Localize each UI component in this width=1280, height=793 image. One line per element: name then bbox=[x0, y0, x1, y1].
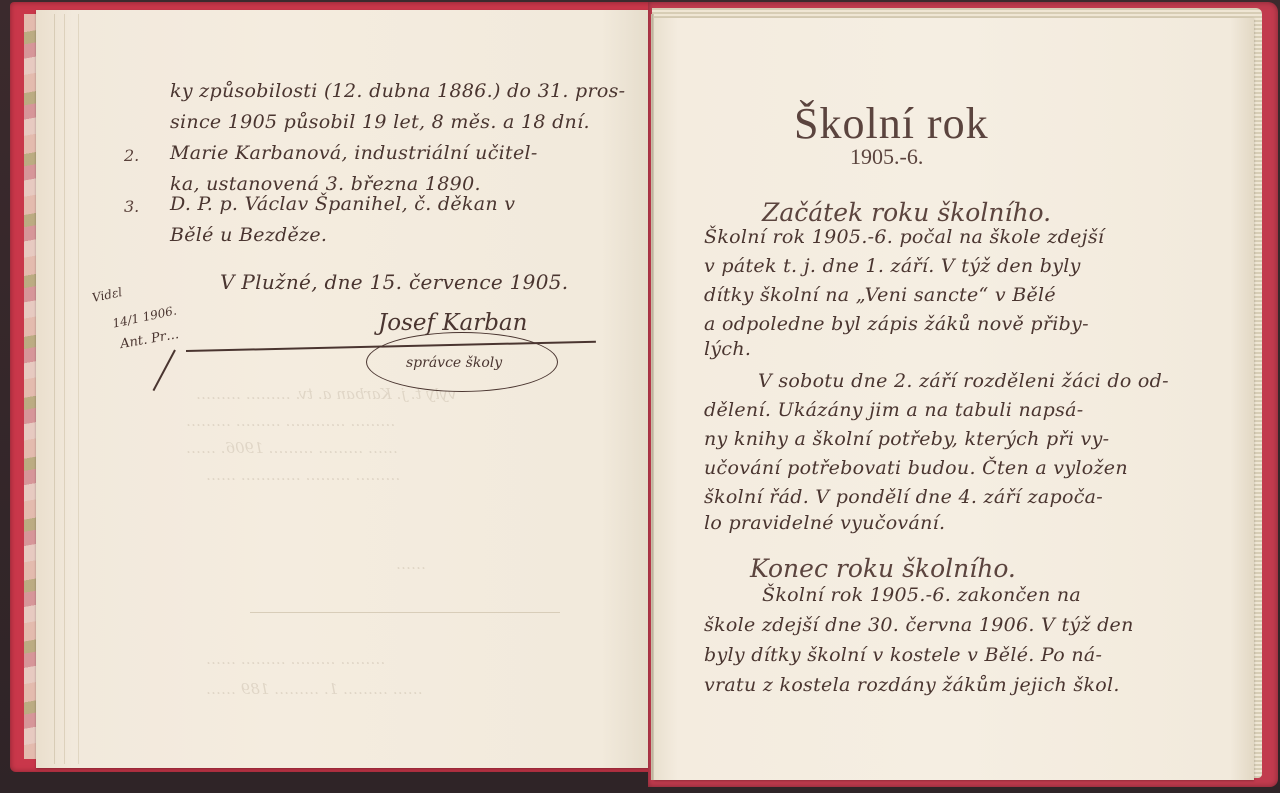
text-line: Marie Karbanová, industriální učitel- bbox=[170, 142, 538, 164]
text-line: V sobotu dne 2. září rozděleni žáci do o… bbox=[758, 370, 1169, 392]
bleed-through-text: …… ……… 1. ……… 189 …… bbox=[206, 680, 423, 698]
text-line: učování potřebovati budou. Čten a vylože… bbox=[704, 457, 1128, 479]
text-line: dítky školní na „Veni sancte“ v Bělé bbox=[704, 284, 1056, 306]
text-line: ky způsobilosti (12. dubna 1886.) do 31.… bbox=[170, 80, 625, 102]
item-number: 2. bbox=[124, 146, 139, 165]
item-number: 3. bbox=[124, 197, 139, 216]
text-line: a odpoledne byl zápis žáků nově přiby- bbox=[704, 313, 1089, 335]
bleed-through-text: ……… ………… ……… ……… bbox=[186, 412, 395, 430]
text-line: vratu z kostela rozdány žákům jejich ško… bbox=[704, 674, 1120, 696]
left-page: vyly t. j. Karban a. tv. ……… ……… ……… ………… bbox=[36, 10, 650, 768]
text-line: Školní rok 1905.-6. zakončen na bbox=[762, 584, 1081, 606]
text-line: školní řád. V pondělí dne 4. září započa… bbox=[704, 486, 1103, 508]
marbled-endpaper bbox=[24, 14, 36, 759]
bleed-through-text: …… bbox=[396, 555, 426, 573]
text-line: D. P. p. Václav Španihel, č. děkan v bbox=[170, 193, 515, 215]
page-title: Školní rok bbox=[794, 98, 989, 149]
text-line: ny knihy a školní potřeby, kterých při v… bbox=[704, 428, 1109, 450]
text-line: Školní rok 1905.-6. počal na škole zdejš… bbox=[704, 226, 1104, 248]
text-line: dělení. Ukázány jim a na tabuli napsá- bbox=[704, 399, 1084, 421]
section-heading: Začátek roku školního. bbox=[762, 198, 1051, 227]
section-heading: Konec roku školního. bbox=[750, 554, 1016, 583]
text-line: škole zdejší dne 30. června 1906. V týž … bbox=[704, 614, 1134, 636]
text-line: Bělé u Bezděze. bbox=[170, 224, 327, 246]
margin-note-label: Vidɛl bbox=[91, 285, 124, 305]
bleed-through-text: …… ……… ……… 1906. …… bbox=[186, 439, 398, 457]
margin-note-stroke bbox=[153, 350, 176, 392]
text-line: byly dítky školní v kostele v Bělé. Po n… bbox=[704, 644, 1102, 666]
bleed-through-rule bbox=[250, 612, 560, 613]
margin-note-date: 14/1 1906. bbox=[111, 303, 178, 330]
text-line: ka, ustanovená 3. března 1890. bbox=[170, 173, 481, 195]
place-date: V Plužné, dne 15. července 1905. bbox=[220, 270, 568, 294]
text-line: v pátek t. j. dne 1. září. V týž den byl… bbox=[704, 255, 1081, 277]
bleed-through-text: ……… ……… ……… …… bbox=[206, 650, 385, 668]
text-line: lo pravidelné vyučování. bbox=[704, 512, 945, 534]
text-line: since 1905 působil 19 let, 8 měs. a 18 d… bbox=[170, 111, 590, 133]
text-line: lých. bbox=[704, 338, 751, 360]
school-year: 1905.-6. bbox=[850, 144, 923, 170]
signature-role: správce školy bbox=[406, 355, 502, 371]
bleed-through-text: ……… ……… ………… …… bbox=[206, 466, 400, 484]
right-page: Školní rok 1905.-6. Začátek roku školníh… bbox=[654, 18, 1254, 780]
margin-note-initials: Ant. Pr… bbox=[119, 327, 180, 352]
book-gutter bbox=[651, 14, 654, 780]
